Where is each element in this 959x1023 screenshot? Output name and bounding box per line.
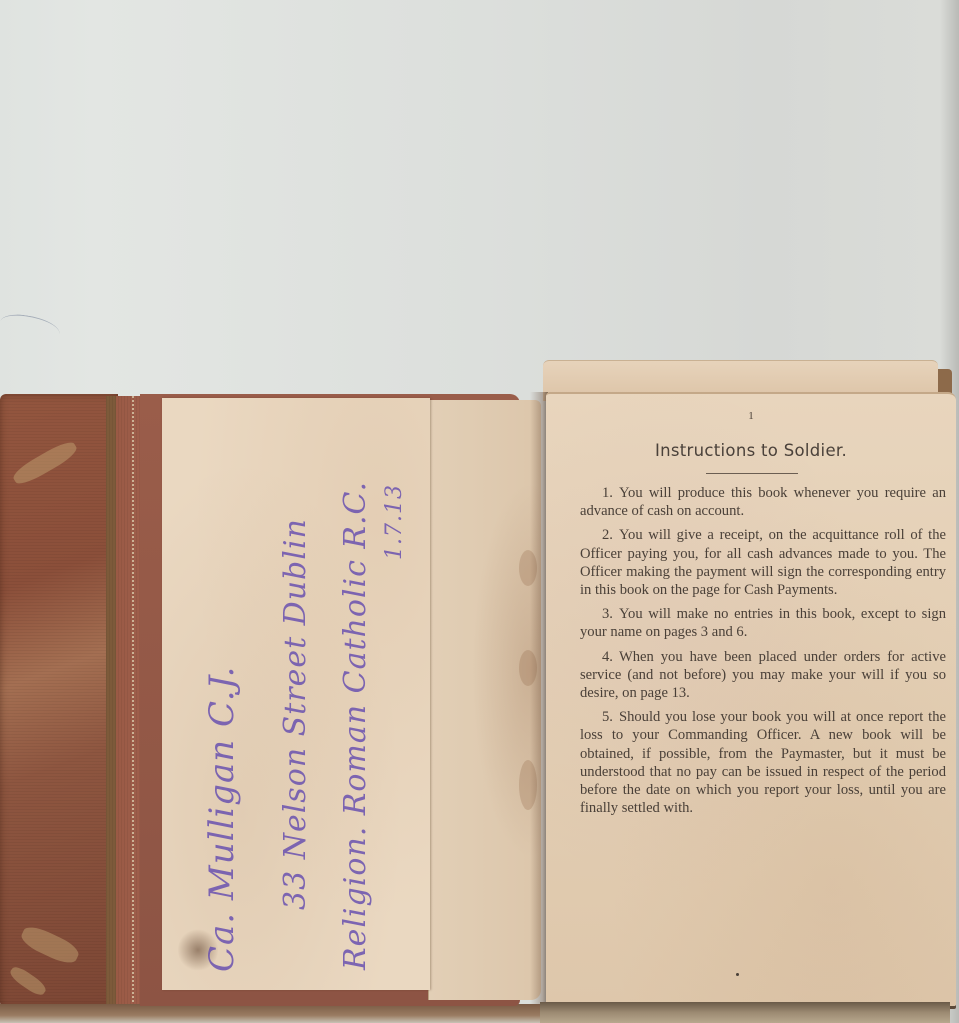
handwritten-date: 1.7.13 — [382, 484, 407, 560]
title-divider — [706, 473, 798, 474]
handwritten-name: Ca. Mulligan C.J. — [202, 666, 242, 972]
instruction-item: 1.You will produce this book whenever yo… — [580, 484, 946, 520]
instructions-page: 1 Instructions to Soldier. 1.You will pr… — [546, 392, 956, 1006]
instruction-item: 5.Should you lose your book you will at … — [580, 708, 946, 817]
book-cover — [0, 394, 118, 1008]
cover-bottom-edge — [0, 1004, 540, 1023]
instruction-item: 3.You will make no entries in this book,… — [580, 605, 946, 641]
handwritten-religion: Religion. Roman Catholic R.C. — [338, 481, 373, 970]
page-number: 1 — [546, 410, 956, 422]
torn-flyleaf — [428, 400, 541, 1000]
handwritten-inscription: Ca. Mulligan C.J. 33 Nelson Street Dubli… — [170, 435, 425, 980]
instructions-list: 1.You will produce this book whenever yo… — [580, 484, 946, 823]
print-dot — [736, 973, 739, 976]
scanner-scratch-mark — [0, 312, 61, 343]
instruction-item: 4.When you have been placed under orders… — [580, 648, 946, 703]
back-cover-edge — [540, 1002, 950, 1023]
handwritten-address: 33 Nelson Street Dublin — [278, 518, 313, 910]
page-title: Instructions to Soldier. — [546, 441, 956, 460]
instruction-item: 2.You will give a receipt, on the acquit… — [580, 526, 946, 599]
